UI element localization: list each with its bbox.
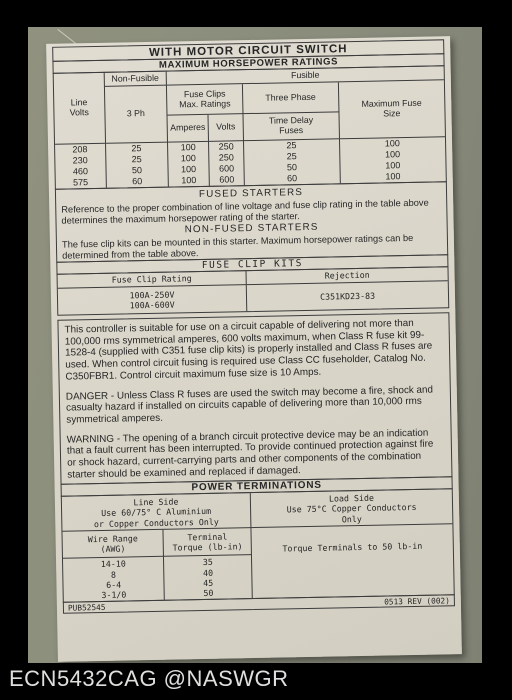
- data-time-delay: 25 25 50 60: [244, 138, 340, 185]
- data-wire-range: 14-10 8 6-4 3-1/0: [63, 557, 165, 602]
- horsepower-ratings-table: Line Volts Non-Fusible Fusible 3 Ph Fuse…: [53, 65, 447, 190]
- data-amperes: 100 100 100 100: [168, 141, 210, 187]
- col-header-terminal-torque: Terminal Torque (lb-in): [164, 529, 252, 558]
- revision-number: 0513 REV (002): [384, 596, 450, 606]
- power-terminations-table: Line Side Use 60/75° C Aluminium or Copp…: [61, 489, 455, 604]
- danger-notice: DANGER - Unless Class R fuses are used t…: [66, 384, 445, 426]
- controller-notice: This controller is suitable for use on a…: [64, 317, 443, 383]
- data-fuse-clip-rating: 100A-250V 100A-600V: [58, 285, 248, 315]
- equipment-label: WITH MOTOR CIRCUIT SWITCH MAXIMUM HORSEP…: [46, 36, 462, 662]
- data-max-fuse: 100 100 100 100: [340, 136, 446, 183]
- col-header-3ph: 3 Ph: [105, 86, 168, 143]
- starters-notes: FUSED STARTERS Reference to the proper c…: [55, 181, 448, 263]
- publication-number: PUB52545: [68, 603, 106, 613]
- col-header-volts: Volts: [209, 114, 245, 141]
- data-line-volts: 208 230 460 575: [55, 143, 107, 189]
- data-3ph: 25 25 50 60: [106, 142, 169, 188]
- col-header-max-fuse: Maximum Fuse Size: [339, 80, 445, 138]
- col-header-non-fusible: Non-Fusible: [104, 72, 167, 87]
- col-header-three-phase: Three Phase: [243, 82, 339, 114]
- photo-caption: ECN5432CAG @NASWGR: [9, 666, 289, 692]
- line-side-header: Line Side Use 60/75° C Aluminium or Copp…: [62, 494, 252, 533]
- col-header-fuse-clips: Fuse Clips Max. Ratings: [167, 84, 244, 115]
- switchgear-panel: WITH MOTOR CIRCUIT SWITCH MAXIMUM HORSEP…: [28, 27, 482, 663]
- torque-note: Torque Terminals to 50 lb-in: [252, 525, 454, 599]
- col-header-time-delay: Time Delay Fuses: [244, 112, 340, 140]
- warning-notice: WARNING - The opening of a branch circui…: [67, 427, 446, 481]
- notices-block: This controller is suitable for use on a…: [57, 312, 452, 485]
- load-side-header: Load Side Use 75°C Copper Conductors Onl…: [251, 490, 452, 529]
- col-header-line-volts: Line Volts: [54, 73, 106, 144]
- data-rejection: C351KD23-83: [247, 281, 448, 311]
- data-volts: 250 250 600 600: [209, 140, 245, 186]
- col-header-wire-range: Wire Range (AWG): [62, 530, 164, 559]
- data-terminal-torque: 35 40 45 50: [164, 556, 253, 601]
- col-header-amperes: Amperes: [168, 115, 209, 142]
- fuse-clip-kits-table: Fuse Clip Rating Rejection 100A-250V 100…: [57, 266, 450, 316]
